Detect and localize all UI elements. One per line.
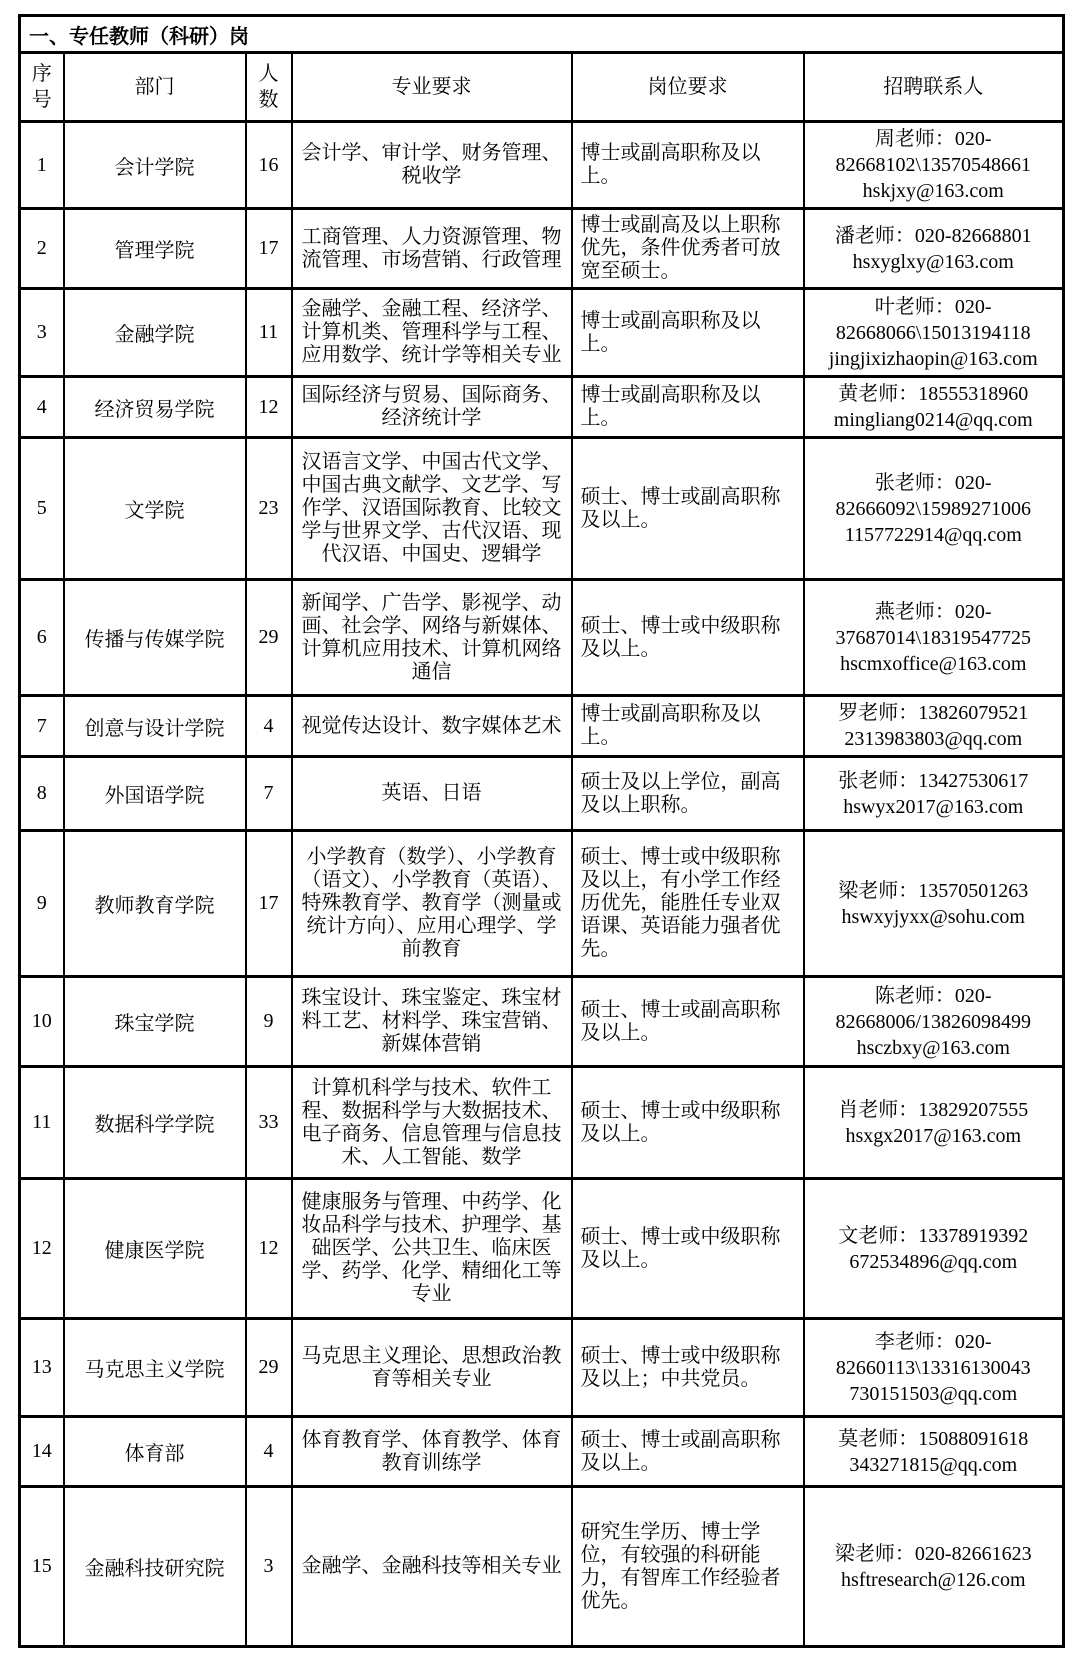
contact-line: 张老师：020- — [809, 470, 1059, 496]
contact-line: hskjxy@163.com — [809, 178, 1059, 204]
cell-no: 14 — [20, 1417, 64, 1487]
cell-dept: 健康医学院 — [64, 1179, 246, 1319]
cell-no: 8 — [20, 757, 64, 831]
contact-line: hswxyjyxx@sohu.com — [809, 904, 1059, 930]
cell-position: 博士或副高职称及以上。 — [572, 122, 804, 209]
table-row: 10珠宝学院9珠宝设计、珠宝鉴定、珠宝材料工艺、材料学、珠宝营销、新媒体营销硕士… — [20, 977, 1064, 1067]
cell-position: 硕士及以上学位，副高及以上职称。 — [572, 757, 804, 831]
cell-count: 12 — [246, 377, 292, 438]
column-header-label: 招聘联系人 — [883, 76, 983, 98]
column-header-contact: 招聘联系人 — [804, 53, 1064, 122]
contact-line: 李老师：020- — [809, 1329, 1059, 1355]
contact-line: mingliang0214@qq.com — [809, 407, 1059, 433]
cell-position: 博士或副高职称及以上。 — [572, 289, 804, 377]
cell-contact: 张老师：020-82666092\159892710061157722914@q… — [804, 438, 1064, 580]
section-title: 一、专任教师（科研）岗 — [20, 16, 1064, 53]
cell-dept: 管理学院 — [64, 209, 246, 289]
cell-dept: 经济贸易学院 — [64, 377, 246, 438]
contact-line: 82668006/13826098499 — [809, 1009, 1059, 1035]
cell-contact: 肖老师：13829207555hsxgx2017@163.com — [804, 1067, 1064, 1179]
cell-dept: 金融学院 — [64, 289, 246, 377]
table-header-row: 序号部门人数专业要求岗位要求招聘联系人 — [20, 53, 1064, 122]
cell-no: 5 — [20, 438, 64, 580]
table-row: 15金融科技研究院3金融学、金融科技等相关专业研究生学历、博士学位，有较强的科研… — [20, 1487, 1064, 1647]
contact-line: 37687014\18319547725 — [809, 625, 1059, 651]
cell-count: 33 — [246, 1067, 292, 1179]
cell-major: 视觉传达设计、数字媒体艺术 — [292, 696, 572, 757]
cell-contact: 张老师：13427530617hswyx2017@163.com — [804, 757, 1064, 831]
contact-line: 潘老师：020-82668801 — [809, 223, 1059, 249]
cell-no: 6 — [20, 580, 64, 696]
cell-position: 博士或副高职称及以上。 — [572, 377, 804, 438]
cell-major: 健康服务与管理、中药学、化妆品科学与技术、护理学、基础医学、公共卫生、临床医学、… — [292, 1179, 572, 1319]
contact-line: 周老师：020- — [809, 126, 1059, 152]
cell-dept: 传播与传媒学院 — [64, 580, 246, 696]
contact-line: 82668102\13570548661 — [809, 152, 1059, 178]
table-row: 4经济贸易学院12国际经济与贸易、国际商务、经济统计学博士或副高职称及以上。黄老… — [20, 377, 1064, 438]
table-row: 8外国语学院7英语、日语硕士及以上学位，副高及以上职称。张老师：13427530… — [20, 757, 1064, 831]
cell-major: 金融学、金融科技等相关专业 — [292, 1487, 572, 1647]
contact-line: 343271815@qq.com — [809, 1452, 1059, 1478]
cell-no: 3 — [20, 289, 64, 377]
column-header-label: 岗位要求 — [648, 76, 728, 98]
cell-no: 15 — [20, 1487, 64, 1647]
cell-contact: 潘老师：020-82668801hsxyglxy@163.com — [804, 209, 1064, 289]
column-header-position: 岗位要求 — [572, 53, 804, 122]
cell-contact: 罗老师：138260795212313983803@qq.com — [804, 696, 1064, 757]
table-row: 7创意与设计学院4视觉传达设计、数字媒体艺术博士或副高职称及以上。罗老师：138… — [20, 696, 1064, 757]
contact-line: 叶老师：020- — [809, 294, 1059, 320]
cell-contact: 李老师：020-82660113\13316130043730151503@qq… — [804, 1319, 1064, 1417]
contact-line: hsczbxy@163.com — [809, 1035, 1059, 1061]
cell-dept: 金融科技研究院 — [64, 1487, 246, 1647]
cell-count: 4 — [246, 1417, 292, 1487]
cell-count: 12 — [246, 1179, 292, 1319]
cell-dept: 文学院 — [64, 438, 246, 580]
cell-no: 1 — [20, 122, 64, 209]
contact-line: 82660113\13316130043 — [809, 1355, 1059, 1381]
contact-line: 672534896@qq.com — [809, 1249, 1059, 1275]
table-row: 2管理学院17工商管理、人力资源管理、物流管理、市场营销、行政管理博士或副高及以… — [20, 209, 1064, 289]
cell-dept: 马克思主义学院 — [64, 1319, 246, 1417]
column-header-label: 序号 — [30, 61, 53, 113]
contact-line: hswyx2017@163.com — [809, 794, 1059, 820]
cell-count: 7 — [246, 757, 292, 831]
cell-no: 12 — [20, 1179, 64, 1319]
cell-position: 硕士、博士或中级职称及以上。 — [572, 1179, 804, 1319]
cell-no: 9 — [20, 831, 64, 977]
cell-contact: 文老师：13378919392672534896@qq.com — [804, 1179, 1064, 1319]
contact-line: 肖老师：13829207555 — [809, 1097, 1059, 1123]
contact-line: 罗老师：13826079521 — [809, 700, 1059, 726]
table-row: 12健康医学院12健康服务与管理、中药学、化妆品科学与技术、护理学、基础医学、公… — [20, 1179, 1064, 1319]
cell-position: 硕士、博士或中级职称及以上，有小学工作经历优先，能胜任专业双语课、英语能力强者优… — [572, 831, 804, 977]
column-header-label: 部门 — [135, 76, 175, 98]
table-row: 13马克思主义学院29马克思主义理论、思想政治教育等相关专业硕士、博士或中级职称… — [20, 1319, 1064, 1417]
contact-line: 82666092\15989271006 — [809, 496, 1059, 522]
cell-major: 英语、日语 — [292, 757, 572, 831]
contact-line: hsxyglxy@163.com — [809, 249, 1059, 275]
contact-line: 1157722914@qq.com — [809, 522, 1059, 548]
column-header-dept: 部门 — [64, 53, 246, 122]
cell-count: 4 — [246, 696, 292, 757]
cell-major: 体育教育学、体育教学、体育教育训练学 — [292, 1417, 572, 1487]
table-row: 11数据科学学院33计算机科学与技术、软件工程、数据科学与大数据技术、电子商务、… — [20, 1067, 1064, 1179]
cell-major: 马克思主义理论、思想政治教育等相关专业 — [292, 1319, 572, 1417]
cell-position: 硕士、博士或中级职称及以上。 — [572, 1067, 804, 1179]
cell-major: 珠宝设计、珠宝鉴定、珠宝材料工艺、材料学、珠宝营销、新媒体营销 — [292, 977, 572, 1067]
cell-no: 2 — [20, 209, 64, 289]
cell-position: 硕士、博士或副高职称及以上。 — [572, 1417, 804, 1487]
table-row: 5文学院23汉语言文学、中国古代文学、中国古典文献学、文艺学、写作学、汉语国际教… — [20, 438, 1064, 580]
cell-major: 新闻学、广告学、影视学、动画、社会学、网络与新媒体、计算机应用技术、计算机网络通… — [292, 580, 572, 696]
recruitment-table: 一、专任教师（科研）岗 序号部门人数专业要求岗位要求招聘联系人 1会计学院16会… — [18, 14, 1065, 1648]
cell-position: 硕士、博士或副高职称及以上。 — [572, 438, 804, 580]
cell-count: 23 — [246, 438, 292, 580]
table-row: 1会计学院16会计学、审计学、财务管理、税收学博士或副高职称及以上。周老师：02… — [20, 122, 1064, 209]
cell-no: 7 — [20, 696, 64, 757]
contact-line: 梁老师：020-82661623 — [809, 1541, 1059, 1567]
cell-no: 13 — [20, 1319, 64, 1417]
document-page: 一、专任教师（科研）岗 序号部门人数专业要求岗位要求招聘联系人 1会计学院16会… — [0, 0, 1080, 1658]
contact-line: 2313983803@qq.com — [809, 726, 1059, 752]
cell-major: 工商管理、人力资源管理、物流管理、市场营销、行政管理 — [292, 209, 572, 289]
cell-major: 会计学、审计学、财务管理、税收学 — [292, 122, 572, 209]
contact-line: 文老师：13378919392 — [809, 1223, 1059, 1249]
contact-line: 陈老师：020- — [809, 983, 1059, 1009]
contact-line: 莫老师：15088091618 — [809, 1426, 1059, 1452]
contact-line: jingjixizhaopin@163.com — [809, 346, 1059, 372]
cell-major: 金融学、金融工程、经济学、计算机类、管理科学与工程、应用数学、统计学等相关专业 — [292, 289, 572, 377]
cell-count: 17 — [246, 209, 292, 289]
cell-major: 小学教育（数学）、小学教育（语文）、小学教育（英语）、特殊教育学、教育学（测量或… — [292, 831, 572, 977]
cell-major: 国际经济与贸易、国际商务、经济统计学 — [292, 377, 572, 438]
table-row: 14体育部4体育教育学、体育教学、体育教育训练学硕士、博士或副高职称及以上。莫老… — [20, 1417, 1064, 1487]
cell-no: 10 — [20, 977, 64, 1067]
cell-count: 17 — [246, 831, 292, 977]
cell-count: 29 — [246, 1319, 292, 1417]
cell-dept: 体育部 — [64, 1417, 246, 1487]
section-title-row: 一、专任教师（科研）岗 — [20, 16, 1064, 53]
cell-dept: 数据科学学院 — [64, 1067, 246, 1179]
column-header-no: 序号 — [20, 53, 64, 122]
cell-count: 3 — [246, 1487, 292, 1647]
cell-count: 9 — [246, 977, 292, 1067]
contact-line: 黄老师：18555318960 — [809, 381, 1059, 407]
contact-line: 燕老师：020- — [809, 599, 1059, 625]
cell-contact: 陈老师：020-82668006/13826098499hsczbxy@163.… — [804, 977, 1064, 1067]
cell-count: 16 — [246, 122, 292, 209]
column-header-label: 专业要求 — [392, 76, 472, 98]
cell-position: 硕士、博士或中级职称及以上；中共党员。 — [572, 1319, 804, 1417]
cell-major: 汉语言文学、中国古代文学、中国古典文献学、文艺学、写作学、汉语国际教育、比较文学… — [292, 438, 572, 580]
contact-line: hscmxoffice@163.com — [809, 651, 1059, 677]
contact-line: hsftresearch@126.com — [809, 1567, 1059, 1593]
cell-contact: 莫老师：15088091618343271815@qq.com — [804, 1417, 1064, 1487]
column-header-count: 人数 — [246, 53, 292, 122]
contact-line: hsxgx2017@163.com — [809, 1123, 1059, 1149]
cell-major: 计算机科学与技术、软件工程、数据科学与大数据技术、电子商务、信息管理与信息技术、… — [292, 1067, 572, 1179]
cell-contact: 梁老师：020-82661623hsftresearch@126.com — [804, 1487, 1064, 1647]
cell-position: 硕士、博士或中级职称及以上。 — [572, 580, 804, 696]
cell-position: 硕士、博士或副高职称及以上。 — [572, 977, 804, 1067]
cell-dept: 外国语学院 — [64, 757, 246, 831]
cell-contact: 燕老师：020-37687014\18319547725hscmxoffice@… — [804, 580, 1064, 696]
cell-dept: 珠宝学院 — [64, 977, 246, 1067]
contact-line: 张老师：13427530617 — [809, 768, 1059, 794]
cell-dept: 创意与设计学院 — [64, 696, 246, 757]
cell-contact: 周老师：020-82668102\13570548661hskjxy@163.c… — [804, 122, 1064, 209]
cell-position: 博士或副高及以上职称优先，条件优秀者可放宽至硕士。 — [572, 209, 804, 289]
table-row: 3金融学院11金融学、金融工程、经济学、计算机类、管理科学与工程、应用数学、统计… — [20, 289, 1064, 377]
cell-contact: 梁老师：13570501263hswxyjyxx@sohu.com — [804, 831, 1064, 977]
table-row: 9教师教育学院17小学教育（数学）、小学教育（语文）、小学教育（英语）、特殊教育… — [20, 831, 1064, 977]
cell-contact: 叶老师：020-82668066\15013194118jingjixizhao… — [804, 289, 1064, 377]
cell-dept: 教师教育学院 — [64, 831, 246, 977]
cell-contact: 黄老师：18555318960mingliang0214@qq.com — [804, 377, 1064, 438]
cell-no: 11 — [20, 1067, 64, 1179]
contact-line: 730151503@qq.com — [809, 1381, 1059, 1407]
contact-line: 梁老师：13570501263 — [809, 878, 1059, 904]
cell-count: 29 — [246, 580, 292, 696]
contact-line: 82668066\15013194118 — [809, 320, 1059, 346]
cell-dept: 会计学院 — [64, 122, 246, 209]
cell-no: 4 — [20, 377, 64, 438]
cell-position: 研究生学历、博士学位，有较强的科研能力，有智库工作经验者优先。 — [572, 1487, 804, 1647]
table-row: 6传播与传媒学院29新闻学、广告学、影视学、动画、社会学、网络与新媒体、计算机应… — [20, 580, 1064, 696]
column-header-major: 专业要求 — [292, 53, 572, 122]
column-header-label: 人数 — [257, 61, 280, 113]
cell-position: 博士或副高职称及以上。 — [572, 696, 804, 757]
cell-count: 11 — [246, 289, 292, 377]
